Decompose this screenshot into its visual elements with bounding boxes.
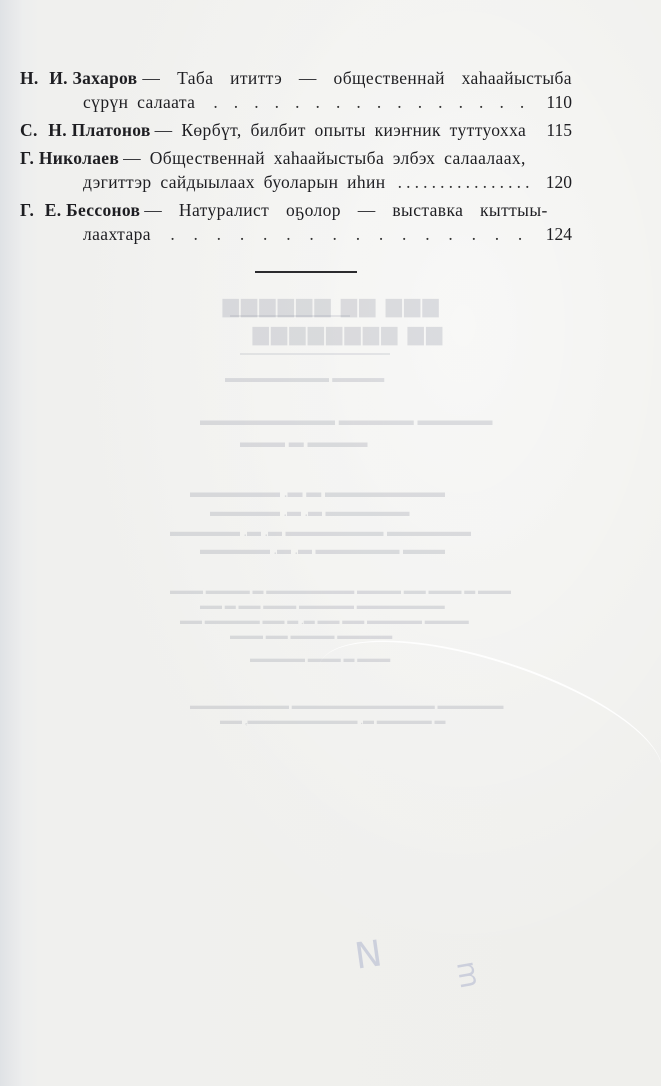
dot-leader: ................ [386,170,542,194]
toc-author: Н. И. Захаров [20,66,137,90]
toc-entry[interactable]: Г. Е. Бессонов — Натуралист оҕолор — выс… [20,198,572,246]
author-surname: Платонов [72,120,151,140]
entry-title: — Көрбүт, билбит опыты киэҥник туттуохха [155,118,543,142]
author-initials: Г. Е. [20,198,61,222]
author-surname: Захаров [73,68,138,88]
dot-leader: ................ [195,90,542,114]
toc-author: Г. Николаев [20,146,119,170]
pencil-mark: N [352,933,384,977]
entry-title: —Табаититтэ—общественнайхаһаайыстыба [142,66,572,90]
entry-title: — Натуралист оҕолор — выставка кыттыы- [144,198,547,222]
toc-entry[interactable]: Г. Николаев — Общественнай хаһаайыстыба … [20,146,572,194]
toc-author: С. Н. Платонов [20,118,151,142]
author-initials: Г. [20,146,34,170]
author-initials: С. Н. [20,118,67,142]
page-spine-shadow [0,0,22,1086]
author-surname: Бессонов [66,200,140,220]
entry-title-continued: сүрүн салаата [83,90,195,114]
toc-entry[interactable]: С. Н. Платонов — Көрбүт, билбит опыты ки… [20,118,572,142]
entry-title-continued: дэгиттэр сайдыылаах буоларын иһин [83,170,386,194]
toc-entry[interactable]: Н. И. Захаров —Табаититтэ—общественнайха… [20,66,572,114]
entry-title: — Общественнай хаһаайыстыба элбэх салаал… [123,146,526,170]
entry-title-continued: лаахтара [83,222,151,246]
page-number: 110 [546,90,572,114]
dot-leader: ................ [151,222,542,246]
table-of-contents: Н. И. Захаров —Табаититтэ—общественнайха… [20,66,572,250]
pencil-mark: m [450,958,487,991]
page-number: 120 [546,170,572,194]
author-surname: Николаев [39,148,119,168]
toc-author: Г. Е. Бессонов [20,198,140,222]
section-divider [255,271,357,273]
page-number: 124 [546,222,572,246]
author-initials: Н. И. [20,66,68,90]
page-number: 115 [546,118,572,142]
